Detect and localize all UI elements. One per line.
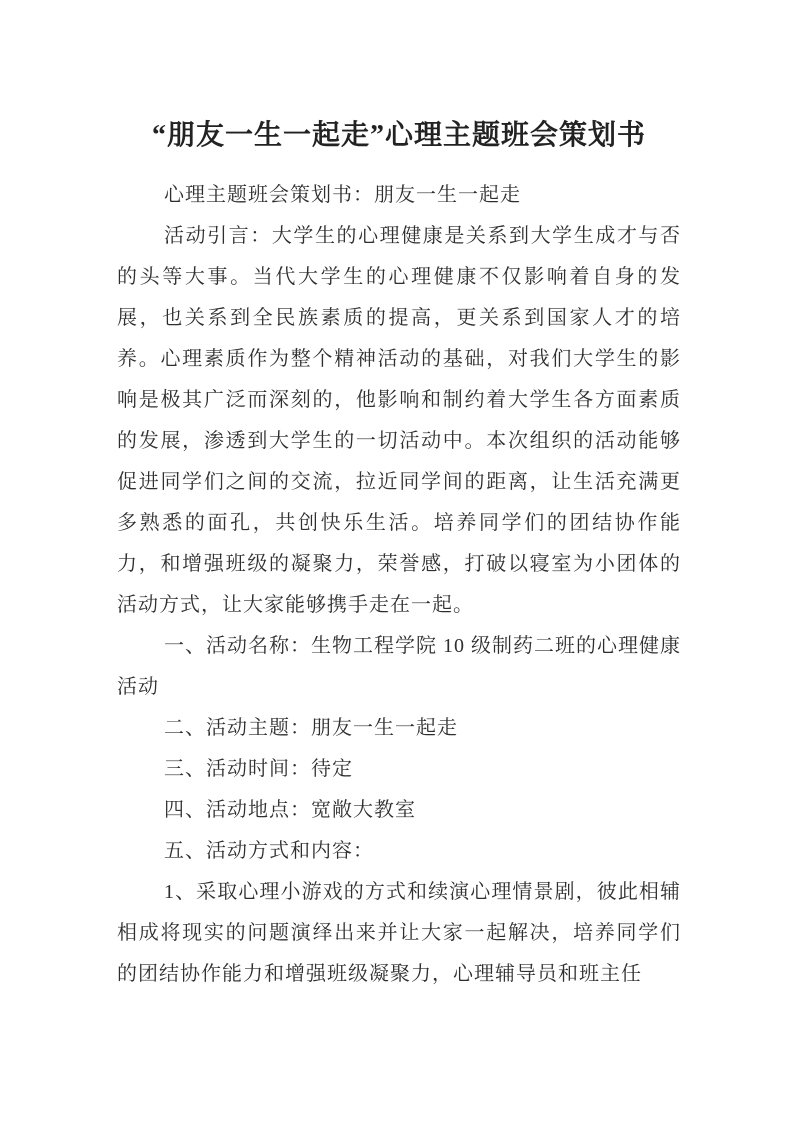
document-title: “朋友一生一起走”心理主题班会策划书 [117,111,681,161]
paragraph-intro: 活动引言：大学生的心理健康是关系到大学生成才与否的头等大事。当代大学生的心理健康… [117,216,681,626]
paragraph-item-5-activity-content: 五、活动方式和内容： [117,831,681,872]
paragraph-item-2-activity-theme: 二、活动主题：朋友一生一起走 [117,708,681,749]
paragraph-item-4-activity-place: 四、活动地点：宽敞大教室 [117,790,681,831]
paragraph-item-1-activity-name: 一、活动名称：生物工程学院 10 级制药二班的心理健康活动 [117,626,681,708]
paragraph-subitem-1: 1、采取心理小游戏的方式和续演心理情景剧，彼此相辅相成将现实的问题演绎出来并让大… [117,872,681,995]
document-page: “朋友一生一起走”心理主题班会策划书 心理主题班会策划书：朋友一生一起走 活动引… [0,0,793,1122]
paragraph-item-3-activity-time: 三、活动时间：待定 [117,749,681,790]
paragraph-subtitle: 心理主题班会策划书：朋友一生一起走 [117,175,681,216]
document-content: “朋友一生一起走”心理主题班会策划书 心理主题班会策划书：朋友一生一起走 活动引… [117,111,681,995]
